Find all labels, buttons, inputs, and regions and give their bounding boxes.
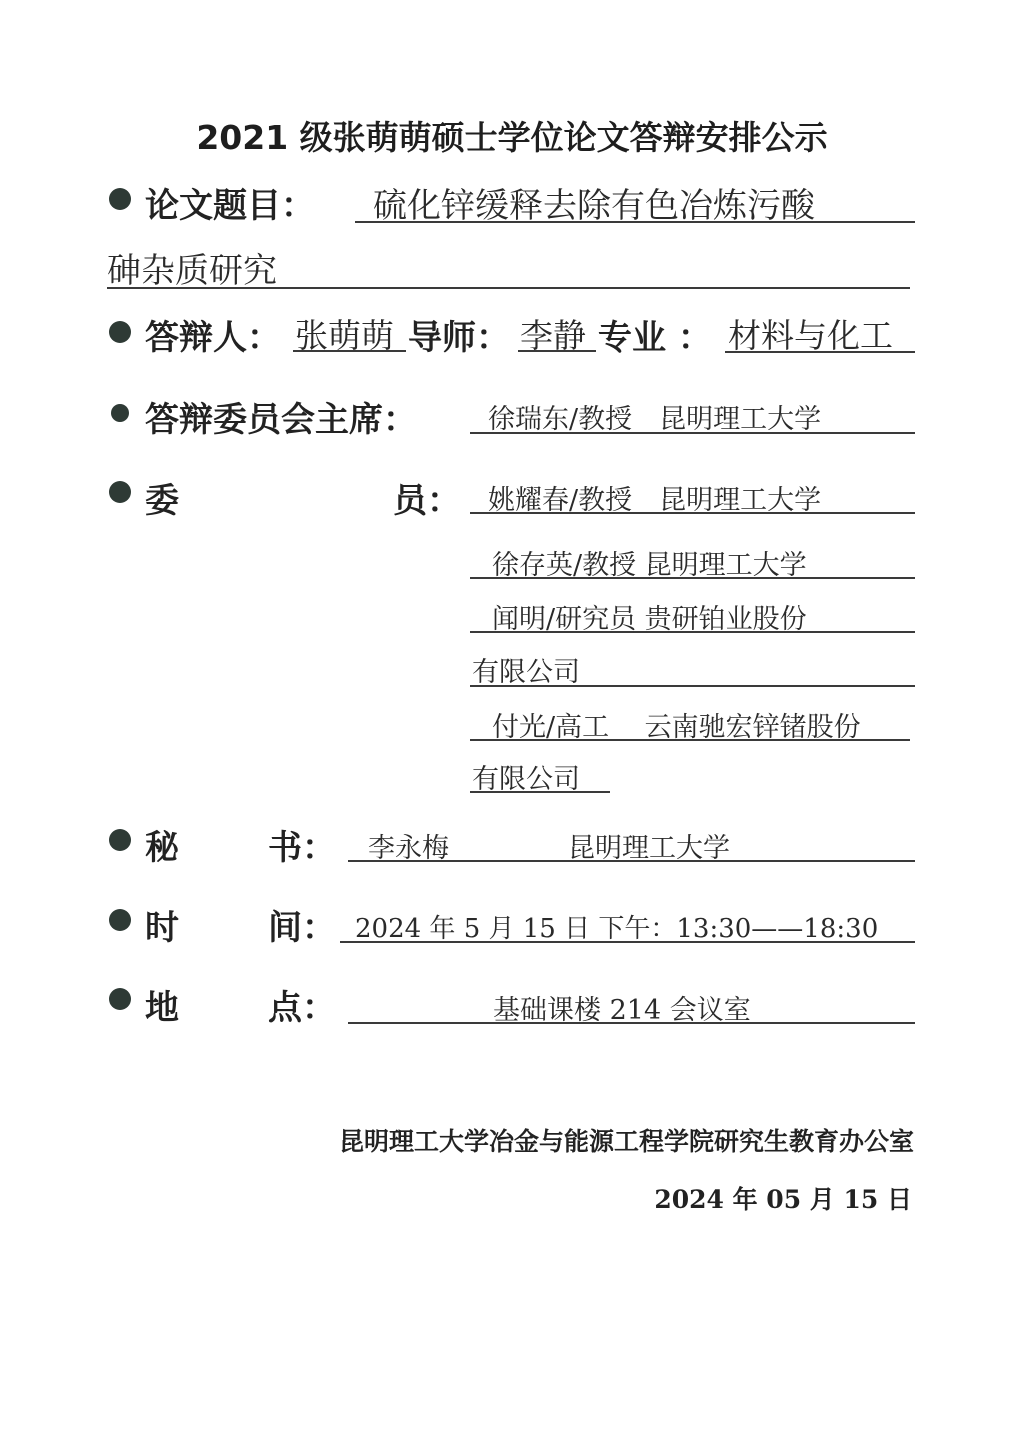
underline <box>470 432 915 434</box>
underline <box>518 350 596 352</box>
thesis-title-line1: 硫化锌缓释去除有色冶炼污酸 <box>373 178 815 227</box>
underline <box>470 685 915 687</box>
underline <box>470 512 915 514</box>
underline <box>470 631 915 633</box>
bullet-icon <box>109 481 131 503</box>
time-label-1: 时 <box>145 900 179 949</box>
issue-date: 2024 年 05 月 15 日 <box>654 1180 912 1216</box>
time-value: 2024 年 5 月 15 日 下午：13:30——18:30 <box>355 908 878 945</box>
bullet-icon <box>111 404 129 422</box>
chair-value: 徐瑞东/教授 昆明理工大学 <box>488 397 821 436</box>
underline <box>725 351 915 353</box>
bullet-icon <box>109 829 131 851</box>
issuing-office: 昆明理工大学冶金与能源工程学院研究生教育办公室 <box>339 1122 914 1158</box>
underline <box>107 287 910 289</box>
place-label-1: 地 <box>145 980 179 1029</box>
major-value: 材料与化工 <box>728 310 893 357</box>
underline <box>348 1022 915 1024</box>
place-label-2: 点： <box>268 980 336 1029</box>
members-label-1: 委 <box>145 473 179 522</box>
underline <box>470 739 910 741</box>
bullet-icon <box>109 188 131 210</box>
advisor-label: 导师： <box>408 310 510 359</box>
major-label: 专业 ： <box>598 310 712 359</box>
thesis-title-line2: 砷杂质研究 <box>107 243 277 292</box>
underline <box>340 941 915 943</box>
underline <box>355 221 915 223</box>
underline <box>470 791 610 793</box>
underline <box>348 860 915 862</box>
underline <box>293 350 406 352</box>
members-label-2: 员： <box>393 473 461 522</box>
secretary-label-1: 秘 <box>145 820 179 869</box>
defender-label: 答辩人： <box>145 310 281 359</box>
thesis-label: 论文题目： <box>145 178 315 227</box>
page-title: 2021 级张萌萌硕士学位论文答辩安排公示 <box>0 112 1024 159</box>
bullet-icon <box>109 988 131 1010</box>
underline <box>470 577 915 579</box>
time-label-2: 间： <box>268 900 336 949</box>
secretary-label-2: 书： <box>268 820 336 869</box>
bullet-icon <box>109 321 131 343</box>
chair-label: 答辩委员会主席： <box>145 392 417 441</box>
member-line: 有限公司 <box>472 650 580 689</box>
bullet-icon <box>109 909 131 931</box>
